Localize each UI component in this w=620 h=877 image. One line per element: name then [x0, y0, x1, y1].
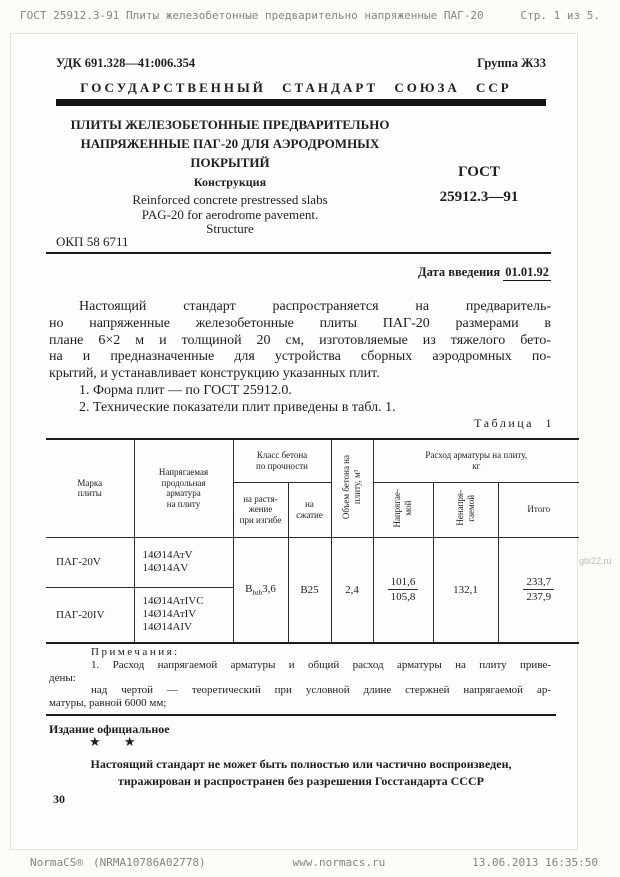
page-number: 30: [53, 792, 65, 807]
list-item-1: 1. Форма плит — по ГОСТ 25912.0.: [49, 383, 551, 400]
document-title: ПЛИТЫ ЖЕЛЕЗОБЕТОННЫЕ ПРЕДВАРИТЕЛЬНО НАПР…: [56, 115, 404, 172]
armature-line: 14Ø14АIV: [143, 621, 231, 634]
site-watermark: gbi22.ru: [579, 556, 612, 566]
concrete-class-value: 3,6: [262, 583, 276, 595]
scanned-page: УДК 691.328—41:006.354 Группа Ж33 ГОСУДА…: [10, 33, 578, 850]
volume-cell: 2,4: [331, 537, 373, 643]
body-paragraph: Настоящий стандарт распространяется на п…: [49, 299, 551, 417]
total-cell: 233,7 237,9: [498, 537, 579, 643]
mark-cell: ПАГ-20V: [46, 537, 134, 587]
screenshot-root: { "chrome": { "top_bar": { "title": "ГОС…: [0, 0, 620, 877]
stressed-cell: 101,6 105,8: [373, 537, 433, 643]
udk-code: УДК 691.328—41:006.354: [56, 56, 195, 71]
volume-vertical-label: Объем бетона на плиту, м³: [341, 455, 363, 519]
viewer-top-bar: ГОСТ 25912.3-91 Плиты железобетонные пре…: [0, 0, 620, 33]
gost-designation: ГОСТ 25912.3—91: [404, 160, 554, 210]
normacs-license: (NRMA10786A02778): [93, 856, 206, 869]
col-header-concrete: Класс бетона по прочности: [233, 439, 331, 482]
page-indicator: Стр. 1 из 5.: [521, 9, 600, 33]
date-label: Дата введения: [418, 265, 500, 279]
col-header-unstressed: Ненапря- гаемой: [433, 482, 498, 537]
paragraph-line: Настоящий стандарт распространяется на п…: [49, 299, 551, 316]
armature-line: 14Ø14АтV: [143, 549, 231, 562]
stressed-fraction: 101,6 105,8: [388, 576, 419, 603]
paragraph-line: крытий, и устанавливает конструкцию указ…: [49, 366, 551, 383]
armature-cell: 14Ø14АтIVС 14Ø14АтIV 14Ø14АIV: [134, 587, 233, 643]
stressed-under: 105,8: [388, 590, 419, 603]
col-header-stressed: Напрягае- мой: [373, 482, 433, 537]
document-title-bar: ГОСТ 25912.3-91 Плиты железобетонные пре…: [20, 9, 484, 33]
okp-code: ОКП 58 6711: [56, 234, 128, 250]
date-value: 01.01.92: [503, 265, 551, 281]
col-header-compression: на сжатие: [288, 482, 331, 537]
paragraph-line: плане 6×2 м и толщиной 20 см, изготовляе…: [49, 333, 551, 350]
technical-table: Марка плиты Напрягаемая продольная армат…: [46, 438, 579, 644]
total-under: 237,9: [523, 590, 554, 603]
normacs-url: www.normacs.ru: [293, 856, 386, 869]
group-code: Группа Ж33: [477, 56, 546, 71]
paragraph-line: на и предназначенные для устройства сбор…: [49, 349, 551, 366]
stressed-vertical-label: Напрягае- мой: [392, 489, 414, 528]
table-row: ПАГ-20V 14Ø14АтV 14Ø14АV Вbtb3,6 В25 2,4…: [46, 537, 579, 587]
copyright-line: Настоящий стандарт не может быть полност…: [46, 756, 556, 773]
note-line: 1. Расход напрягаемой арматуры и общий р…: [49, 659, 551, 672]
armature-line: 14Ø14АтIV: [143, 608, 231, 621]
concrete-class-sub: btb: [253, 588, 263, 597]
stars-icon: ★ ★: [89, 734, 146, 750]
total-fraction: 233,7 237,9: [523, 576, 554, 603]
notes-section: Примечания: 1. Расход напрягаемой армату…: [49, 646, 551, 710]
normacs-product: NormaCS®: [30, 856, 83, 869]
col-header-tension: на растя- жение при изгибе: [233, 482, 288, 537]
note-line: дены:: [49, 672, 551, 685]
col-header-consumption: Расход арматуры на плиту, кг: [373, 439, 579, 482]
introduction-date: Дата введения 01.01.92: [46, 265, 551, 280]
title-english: Reinforced concrete prestressed slabs PA…: [56, 193, 404, 237]
title-line: ПЛИТЫ ЖЕЛЕЗОБЕТОННЫЕ ПРЕДВАРИТЕЛЬНО: [56, 115, 404, 134]
title-line: НАПРЯЖЕННЫЕ ПАГ-20 ДЛЯ АЭРОДРОМНЫХ: [56, 134, 404, 153]
armature-line: 14Ø14АV: [143, 562, 231, 575]
col-header-volume: Объем бетона на плиту, м³: [331, 439, 373, 537]
gost-label: ГОСТ: [404, 160, 554, 185]
subtitle-ru: Конструкция: [56, 175, 404, 190]
export-datetime: 13.06.2013 16:35:50: [472, 856, 598, 869]
heading-rule: [56, 99, 546, 106]
udk-row: УДК 691.328—41:006.354 Группа Ж33: [56, 56, 546, 71]
col-header-mark: Марка плиты: [46, 439, 134, 537]
list-item-2: 2. Технические показатели плит приведены…: [49, 400, 551, 417]
title-line: ПОКРЫТИЙ: [56, 153, 404, 172]
unstressed-vertical-label: Ненапря- гаемой: [455, 490, 477, 526]
col-header-total: Итого: [498, 482, 579, 537]
note-line: над чертой — теоретический при условной …: [49, 684, 551, 697]
mark-cell: ПАГ-20IV: [46, 587, 134, 643]
armature-line: 14Ø14АтIVС: [143, 595, 231, 608]
copyright-line: тиражирован и распространен без разрешен…: [46, 773, 556, 790]
compression-class-cell: В25: [288, 537, 331, 643]
gost-number: 25912.3—91: [404, 185, 554, 210]
viewer-bottom-bar: NormaCS® (NRMA10786A02778) www.normacs.r…: [0, 851, 620, 877]
armature-cell: 14Ø14АтV 14Ø14АV: [134, 537, 233, 587]
paragraph-line: но напряженные железобетонные плиты ПАГ-…: [49, 316, 551, 333]
col-header-armature: Напрягаемая продольная арматура на плиту: [134, 439, 233, 537]
footer-rule: [46, 714, 556, 716]
okp-rule: [46, 252, 551, 254]
concrete-class-cell: Вbtb3,6: [233, 537, 288, 643]
stressed-over: 101,6: [388, 576, 419, 590]
total-over: 233,7: [523, 576, 554, 590]
table-caption: Таблица 1: [46, 416, 554, 431]
note-line: матуры, равной 6000 мм;: [49, 697, 551, 710]
unstressed-cell: 132,1: [433, 537, 498, 643]
standard-org-heading: ГОСУДАРСТВЕННЫЙ СТАНДАРТ СОЮЗА ССР: [46, 80, 546, 96]
title-en-line: PAG-20 for aerodrome pavement.: [56, 208, 404, 223]
copyright-notice: Настоящий стандарт не может быть полност…: [46, 756, 556, 789]
notes-heading: Примечания:: [49, 646, 551, 659]
title-en-line: Reinforced concrete prestressed slabs: [56, 193, 404, 208]
concrete-class-base: В: [245, 583, 252, 595]
normacs-info: NormaCS® (NRMA10786A02778): [30, 856, 206, 869]
